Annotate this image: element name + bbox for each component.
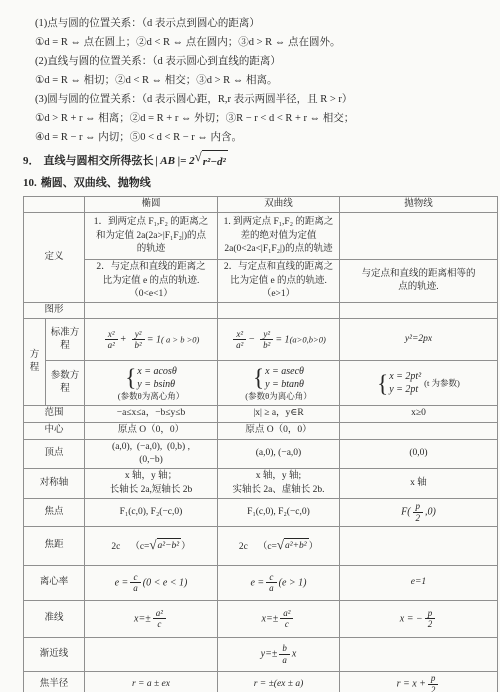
- sqrt-expression: √a²−b²: [149, 538, 181, 553]
- row-label-asymptote: 渐近线: [24, 637, 85, 671]
- definition-row-1: 定义 1．到两定点 F₁,F₂ 的距离之 和为定值 2a(2a>|F₁F₂|)的…: [24, 213, 498, 260]
- operator: −: [248, 334, 255, 345]
- cell-std-parabola: y²=2px: [340, 319, 498, 361]
- row-label-focal-radius: 焦半径: [24, 671, 85, 692]
- denominator: c: [153, 619, 166, 630]
- system-equations: x = acosθ y = bsinθ: [137, 365, 176, 391]
- cell-ecc-hyperbola: e =ca(e > 1): [218, 565, 340, 600]
- symmetry-axis-row: 对称轴 x 轴，y 轴； 长轴长 2a,短轴长 2b x 轴，y 轴; 实轴长 …: [24, 469, 498, 499]
- cell-range-hyperbola: |x| ≥ a，y∈R: [218, 406, 340, 422]
- numerator: p: [413, 501, 424, 513]
- paren-close: ）: [309, 542, 319, 552]
- cell-def2-parabola: 与定点和直线的距离相等的 点的轨迹.: [340, 260, 498, 303]
- numerator: y²: [132, 329, 145, 341]
- row-label-directrix: 准线: [24, 600, 85, 637]
- equation-system: { x = 2pt² y = 2pt (t 为参数): [377, 370, 460, 396]
- equals-one: = 1: [147, 334, 161, 345]
- fraction: ca: [130, 572, 141, 595]
- cell-asymptote-hyperbola: y=±bax: [218, 637, 340, 671]
- fraction: a²c: [153, 608, 166, 631]
- cell-def2-ellipse: 2．与定点和直线的距离之 比为定值 e 的点的轨迹. （0<e<1）: [85, 260, 218, 303]
- cell-def1-hyperbola: 1. 到两定点 F₁,F₂ 的距离之 差的绝对值为定值 2a(0<2a<|F₁F…: [218, 213, 340, 260]
- numerator: x²: [105, 329, 118, 341]
- radical-icon: √: [149, 538, 156, 552]
- chord-length-formula: | AB |= 2 √ r²−d²: [156, 150, 228, 172]
- cell-ecc-parabola: e=1: [340, 565, 498, 600]
- brace-icon: {: [377, 371, 388, 395]
- cell-axis-parabola: x 轴: [340, 469, 498, 499]
- graph-row: 图形: [24, 303, 498, 319]
- center-row: 中心 原点 O（0，0） 原点 O（0，0）: [24, 422, 498, 439]
- formula-pre: F(: [401, 507, 410, 518]
- fraction: y²b²: [260, 329, 273, 352]
- formula-pre: 2c: [239, 542, 248, 552]
- denominator: b²: [132, 340, 145, 351]
- formula-pre: x = −: [400, 613, 423, 624]
- fraction: y²b²: [132, 329, 145, 352]
- fraction: a²c: [280, 608, 293, 631]
- row-label-equations: 方 程: [24, 319, 46, 406]
- system-equations: x = 2pt² y = 2pt: [389, 370, 421, 396]
- numerator: y²: [260, 329, 273, 341]
- row-label-range: 范围: [24, 406, 85, 422]
- numerator: a²: [153, 608, 166, 620]
- intro-line-1: (1)点与圆的位置关系：（d 表示点到圆心的距离）: [35, 14, 500, 33]
- cell-asymptote-ellipse: [85, 637, 218, 671]
- cell-param-parabola: { x = 2pt² y = 2pt (t 为参数): [340, 361, 498, 406]
- intro-line-7: ④d = R − r ⇔ 内切；⑤0 < d < R − r ⇔ 内含。: [35, 128, 500, 147]
- cell-directrix-hyperbola: x=±a²c: [218, 600, 340, 637]
- cell-def1-parabola: [340, 213, 498, 260]
- cell-fdist-hyperbola: 2c（c=√a²+b²）: [218, 526, 340, 565]
- formula-pre: e =: [250, 577, 264, 588]
- cell-center-hyperbola: 原点 O（0，0）: [218, 422, 340, 439]
- col-header-parabola: 抛物线: [340, 197, 498, 213]
- formula-pre: x=±: [262, 613, 279, 624]
- cell-radius-hyperbola: r = ±(ex ± a): [218, 671, 340, 692]
- range-row: 范围 −a≤x≤a，−b≤y≤b |x| ≥ a，y∈R x≥0: [24, 406, 498, 422]
- focal-distance-row: 焦距 2c（c=√a²−b²） 2c（c=√a²+b²）: [24, 526, 498, 565]
- vertex-row: 顶点 (a,0), (−a,0), (0,b) , (0,−b) (a,0), …: [24, 439, 498, 469]
- fraction: ba: [279, 643, 290, 666]
- fraction: p2: [428, 673, 439, 692]
- row-label-vertex: 顶点: [24, 439, 85, 469]
- formula-pre: x=±: [134, 613, 151, 624]
- equation-system: { x = asecθ y = btanθ: [253, 365, 304, 391]
- cell-std-hyperbola: x²a²−y²b²= 1(a>0,b>0): [218, 319, 340, 361]
- numerator: b: [279, 643, 290, 655]
- paren-open: （c=: [130, 542, 149, 552]
- numerator: c: [266, 572, 277, 584]
- formula-pre: | AB |= 2: [156, 151, 195, 171]
- section-9-number: 9．: [23, 151, 40, 171]
- cell-param-hyperbola: { x = asecθ y = btanθ (参数θ为离心角）: [218, 361, 340, 406]
- cell-def2-hyperbola: 2．与定点和直线的距离之 比为定值 e 的点的轨迹. （e>1）: [218, 260, 340, 303]
- equals-one: = 1: [275, 334, 289, 345]
- operator: +: [120, 334, 127, 345]
- denominator: a: [266, 583, 277, 594]
- radicand: a²+b²: [284, 538, 309, 553]
- brace-icon: {: [253, 365, 264, 389]
- cell-radius-parabola: r = x +p2: [340, 671, 498, 692]
- paren-close: ）: [181, 542, 191, 552]
- intro-line-3: (2)直线与圆的位置关系：（d 表示圆心到直线的距离）: [35, 52, 500, 71]
- col-header-ellipse: 椭圆: [85, 197, 218, 213]
- cell-graph-ellipse: [85, 303, 218, 319]
- row-label-symmetry-axis: 对称轴: [24, 469, 85, 499]
- cell-std-ellipse: x²a²+y²b²= 1( a > b >0): [85, 319, 218, 361]
- brace-icon: {: [125, 365, 136, 389]
- cell-axis-hyperbola: x 轴，y 轴; 实轴长 2a、虚轴长 2b.: [218, 469, 340, 499]
- denominator: c: [280, 619, 293, 630]
- formula-post: ,0): [425, 507, 436, 518]
- cell-fdist-parabola: [340, 526, 498, 565]
- cell-def1-ellipse: 1．到两定点 F₁,F₂ 的距离之 和为定值 2a(2a>|F₁F₂|)的点 的…: [85, 213, 218, 260]
- standard-equation-row: 方 程 标准方 程 x²a²+y²b²= 1( a > b >0) x²a²−y…: [24, 319, 498, 361]
- cell-radius-ellipse: r = a ± ex: [85, 671, 218, 692]
- formula-pre: y=±: [261, 649, 278, 660]
- condition: ( a > b >0): [161, 334, 199, 344]
- cell-range-ellipse: −a≤x≤a，−b≤y≤b: [85, 406, 218, 422]
- fraction: ca: [266, 572, 277, 595]
- eccentricity-row: 离心率 e =ca(0 < e < 1) e =ca(e > 1) e=1: [24, 565, 498, 600]
- numerator: a²: [280, 608, 293, 620]
- section-10-title: 椭圆、双曲线、抛物线: [41, 173, 151, 193]
- focus-row: 焦点 F₁(c,0), F₂(−c,0) F₁(c,0), F₂(−c,0) F…: [24, 498, 498, 526]
- cell-param-ellipse: { x = acosθ y = bsinθ (参数θ为离心角）: [85, 361, 218, 406]
- intro-line-2: ①d = R ⇔ 点在圆上；②d < R ⇔ 点在圆内；③d > R ⇔ 点在圆…: [35, 33, 500, 52]
- row-label-focus: 焦点: [24, 498, 85, 526]
- radical-icon: √: [195, 150, 202, 164]
- parameter-note: (t 为参数): [424, 378, 460, 390]
- cell-asymptote-parabola: [340, 637, 498, 671]
- denominator: 2: [413, 513, 424, 524]
- formula-pre: e =: [115, 577, 129, 588]
- section-10-number: 10.: [23, 173, 37, 193]
- radicand: a²−b²: [157, 538, 182, 553]
- condition: (e > 1): [279, 577, 307, 588]
- table-header-row: 椭圆 双曲线 抛物线: [24, 197, 498, 213]
- row-label-definition: 定义: [24, 213, 85, 303]
- numerator: p: [425, 608, 436, 620]
- denominator: b²: [260, 340, 273, 351]
- cell-axis-ellipse: x 轴，y 轴； 长轴长 2a,短轴长 2b: [85, 469, 218, 499]
- condition: (0 < e < 1): [143, 577, 188, 588]
- denominator: 2: [425, 619, 436, 630]
- intro-line-6: ①d > R + r ⇔ 相离；②d = R + r ⇔ 外切；③R − r <…: [35, 109, 500, 128]
- cell-graph-parabola: [340, 303, 498, 319]
- formula-post: x: [292, 649, 296, 660]
- radical-icon: √: [277, 538, 284, 552]
- row-label-standard-eq: 标准方 程: [46, 319, 85, 361]
- cell-vertex-parabola: (0,0): [340, 439, 498, 469]
- asymptote-row: 渐近线 y=±bax: [24, 637, 498, 671]
- row-label-center: 中心: [24, 422, 85, 439]
- definition-row-2: 2．与定点和直线的距离之 比为定值 e 的点的轨迹. （0<e<1） 2．与定点…: [24, 260, 498, 303]
- cell-vertex-hyperbola: (a,0), (−a,0): [218, 439, 340, 469]
- cell-graph-hyperbola: [218, 303, 340, 319]
- parametric-equation-row: 参数方 程 { x = acosθ y = bsinθ (参数θ为离心角） { …: [24, 361, 498, 406]
- row-label-parametric-eq: 参数方 程: [46, 361, 85, 406]
- row-label-graph: 图形: [24, 303, 85, 319]
- document-page: (1)点与圆的位置关系：（d 表示点到圆心的距离） ①d = R ⇔ 点在圆上；…: [0, 0, 500, 692]
- denominator: a²: [105, 340, 118, 351]
- row-label-focal-distance: 焦距: [24, 526, 85, 565]
- formula-pre: 2c: [111, 542, 120, 552]
- numerator: c: [130, 572, 141, 584]
- denominator: a: [279, 655, 290, 666]
- circle-position-notes: (1)点与圆的位置关系：（d 表示点到圆心的距离） ①d = R ⇔ 点在圆上；…: [35, 14, 500, 147]
- focal-radius-row: 焦半径 r = a ± ex r = ±(ex ± a) r = x +p2: [24, 671, 498, 692]
- formula-pre: r = x +: [397, 678, 426, 689]
- corner-cell: [24, 197, 85, 213]
- parameter-note: (参数θ为离心角）: [220, 391, 337, 403]
- denominator: a²: [233, 340, 246, 351]
- cell-vertex-ellipse: (a,0), (−a,0), (0,b) , (0,−b): [85, 439, 218, 469]
- conic-sections-table: 椭圆 双曲线 抛物线 定义 1．到两定点 F₁,F₂ 的距离之 和为定值 2a(…: [23, 196, 498, 692]
- numerator: x²: [233, 329, 246, 341]
- condition: (a>0,b>0): [290, 334, 326, 344]
- equation-system: { x = acosθ y = bsinθ: [125, 365, 176, 391]
- cell-focus-parabola: F(p2,0): [340, 498, 498, 526]
- cell-fdist-ellipse: 2c（c=√a²−b²）: [85, 526, 218, 565]
- fraction: x²a²: [105, 329, 118, 352]
- cell-directrix-ellipse: x=±a²c: [85, 600, 218, 637]
- intro-line-5: (3)圆与圆的位置关系：（d 表示圆心距，R,r 表示两圆半径，且 R > r）: [35, 90, 500, 109]
- section-10-heading: 10. 椭圆、双曲线、抛物线: [23, 173, 500, 193]
- sqrt-expression: √ r²−d²: [195, 150, 228, 172]
- denominator: 2: [428, 685, 439, 692]
- system-equations: x = asecθ y = btanθ: [265, 365, 304, 391]
- radicand: r²−d²: [202, 150, 228, 172]
- numerator: p: [428, 673, 439, 685]
- cell-range-parabola: x≥0: [340, 406, 498, 422]
- denominator: a: [130, 583, 141, 594]
- sqrt-expression: √a²+b²: [277, 538, 309, 553]
- cell-focus-hyperbola: F₁(c,0), F₂(−c,0): [218, 498, 340, 526]
- fraction: p2: [425, 608, 436, 631]
- cell-ecc-ellipse: e =ca(0 < e < 1): [85, 565, 218, 600]
- parameter-note: (参数θ为离心角）: [87, 391, 215, 403]
- cell-directrix-parabola: x = −p2: [340, 600, 498, 637]
- fraction: x²a²: [233, 329, 246, 352]
- cell-center-parabola: [340, 422, 498, 439]
- paren-open: （c=: [258, 542, 277, 552]
- cell-focus-ellipse: F₁(c,0), F₂(−c,0): [85, 498, 218, 526]
- directrix-row: 准线 x=±a²c x=±a²c x = −p2: [24, 600, 498, 637]
- fraction: p2: [413, 501, 424, 524]
- section-9-title: 直线与圆相交所得弦长: [44, 151, 154, 171]
- intro-line-4: ①d = R ⇔ 相切；②d < R ⇔ 相交；③d > R ⇔ 相离。: [35, 71, 500, 90]
- row-label-eccentricity: 离心率: [24, 565, 85, 600]
- section-9-heading: 9． 直线与圆相交所得弦长 | AB |= 2 √ r²−d²: [23, 150, 500, 172]
- cell-center-ellipse: 原点 O（0，0）: [85, 422, 218, 439]
- col-header-hyperbola: 双曲线: [218, 197, 340, 213]
